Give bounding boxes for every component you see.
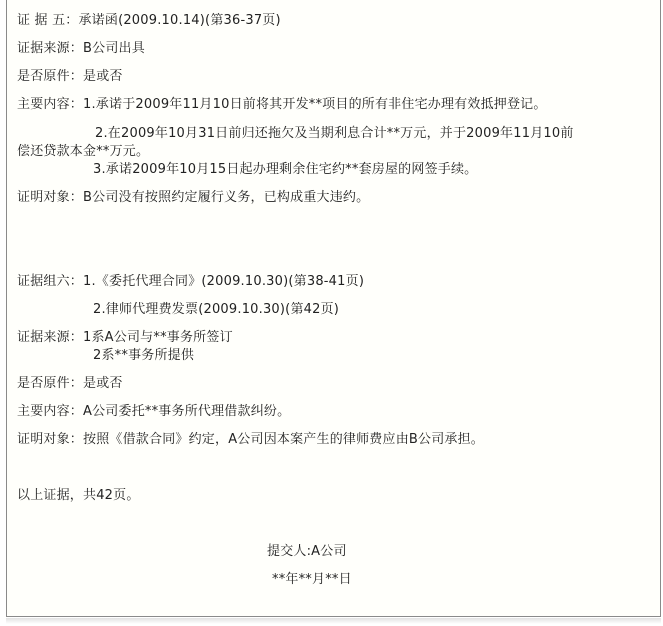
evidence-6-title-1: 证据组六：1.《委托代理合同》(2009.10.30)(第38-41页) — [17, 274, 364, 290]
evidence-6-original: 是否原件：是或否 — [17, 376, 123, 392]
evidence-5-content-1: 主要内容：1.承诺于2009年11月10日前将其开发**项目的所有非住宅办理有效… — [17, 97, 547, 113]
evidence-5-content-3: 3.承诺2009年10月15日起办理剩余住宅约**套房屋的网签手续。 — [93, 162, 477, 178]
submit-date: **年**月**日 — [272, 572, 352, 588]
evidence-5-purpose: 证明对象：B公司没有按照约定履行义务，已构成重大违约。 — [17, 190, 369, 206]
document-page: 证 据 五：承诺函(2009.10.14)(第36-37页) 证据来源：B公司出… — [6, 0, 661, 617]
evidence-5-content-2b: 偿还贷款本金**万元。 — [17, 144, 149, 160]
page-shadow — [6, 618, 661, 624]
evidence-5-title: 证 据 五：承诺函(2009.10.14)(第36-37页) — [17, 13, 281, 29]
evidence-5-content-2a: 2.在2009年10月31日前归还拖欠及当期利息合计**万元，并于2009年11… — [95, 126, 574, 142]
evidence-6-source-2: 2系**事务所提供 — [93, 348, 194, 364]
evidence-6-source-1: 证据来源：1系A公司与**事务所签订 — [17, 330, 233, 346]
submitter: 提交人:A公司 — [267, 544, 347, 560]
evidence-summary: 以上证据，共42页。 — [17, 488, 140, 504]
evidence-6-content: 主要内容：A公司委托**事务所代理借款纠纷。 — [17, 404, 290, 420]
evidence-6-purpose: 证明对象：按照《借款合同》约定，A公司因本案产生的律师费应由B公司承担。 — [17, 432, 484, 448]
evidence-6-title-2: 2.律师代理费发票(2009.10.30)(第42页) — [93, 302, 339, 318]
evidence-5-original: 是否原件：是或否 — [17, 69, 123, 85]
evidence-5-source: 证据来源：B公司出具 — [17, 41, 145, 57]
